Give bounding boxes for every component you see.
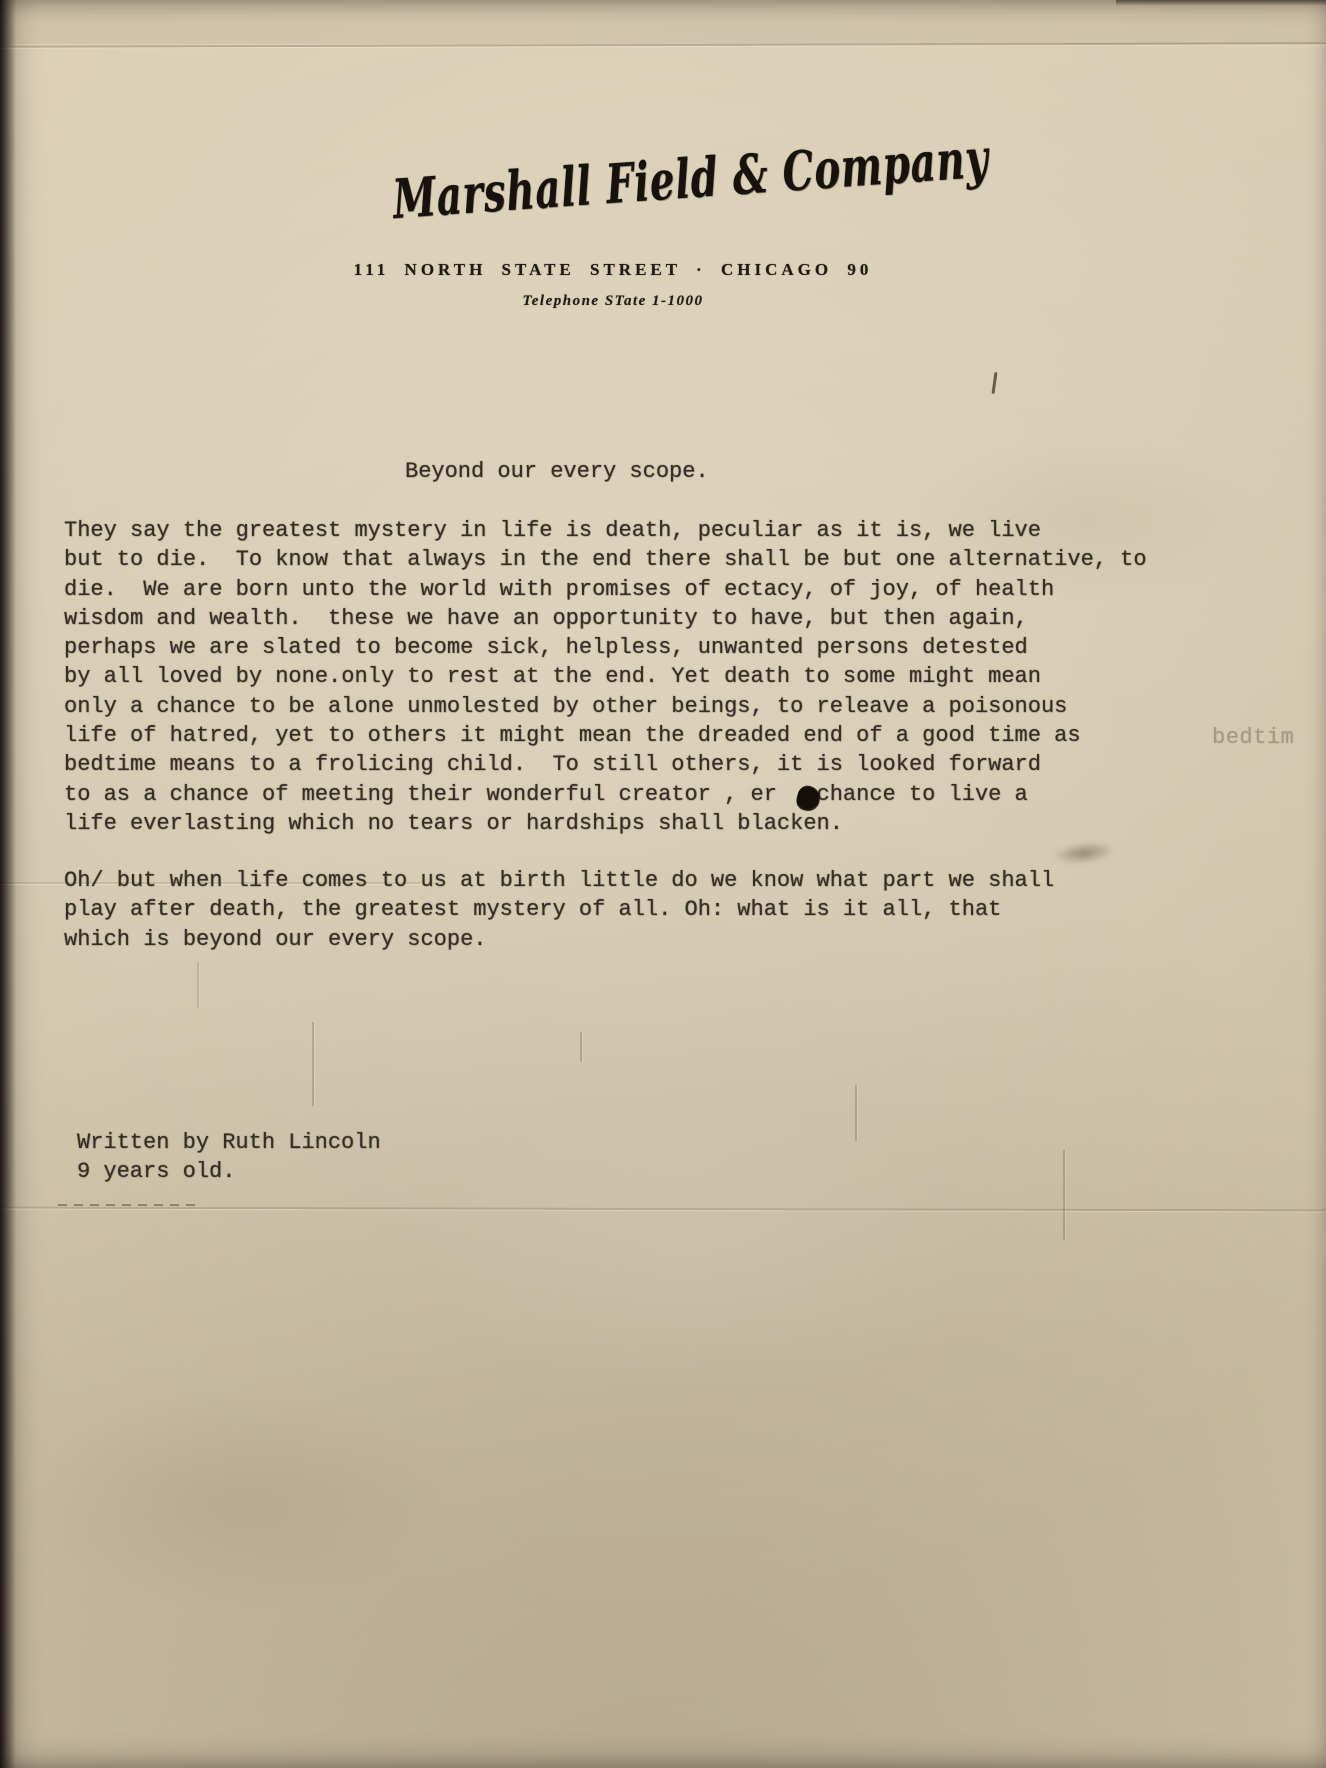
letter-paper: Marshall Field & Company 111 NORTH STATE… (0, 0, 1326, 1768)
pencil-dash-mark (58, 1204, 198, 1206)
company-logo-script: Marshall Field & Company (391, 137, 830, 277)
letterhead-address: 111 NORTH STATE STREET · CHICAGO 90 (0, 260, 1226, 280)
letter-paragraph-2: Oh/ but when life comes to us at birth l… (64, 866, 1054, 954)
top-shade-band (0, 0, 1326, 44)
photo-edge-top-right (1116, 0, 1326, 6)
byline-age: 9 years old. (77, 1157, 381, 1186)
byline-author: Written by Ruth Lincoln (77, 1128, 381, 1157)
crease-mark (855, 1085, 857, 1141)
fold-crease-middle (0, 1207, 1326, 1212)
photo-edge-left (0, 0, 16, 1768)
letter-title: Beyond our every scope. (405, 457, 709, 486)
faded-overrun-text: bedtim (1212, 723, 1294, 752)
ink-smudge (1051, 839, 1117, 868)
letterhead-phone: Telephone STate 1-1000 (0, 293, 1226, 310)
stray-mark (991, 372, 997, 394)
letter-paragraph-1: They say the greatest mystery in life is… (64, 516, 1147, 838)
crease-mark (197, 962, 199, 1008)
crease-mark (1063, 1150, 1065, 1240)
crease-mark (580, 1032, 582, 1062)
crease-mark (312, 1022, 314, 1106)
